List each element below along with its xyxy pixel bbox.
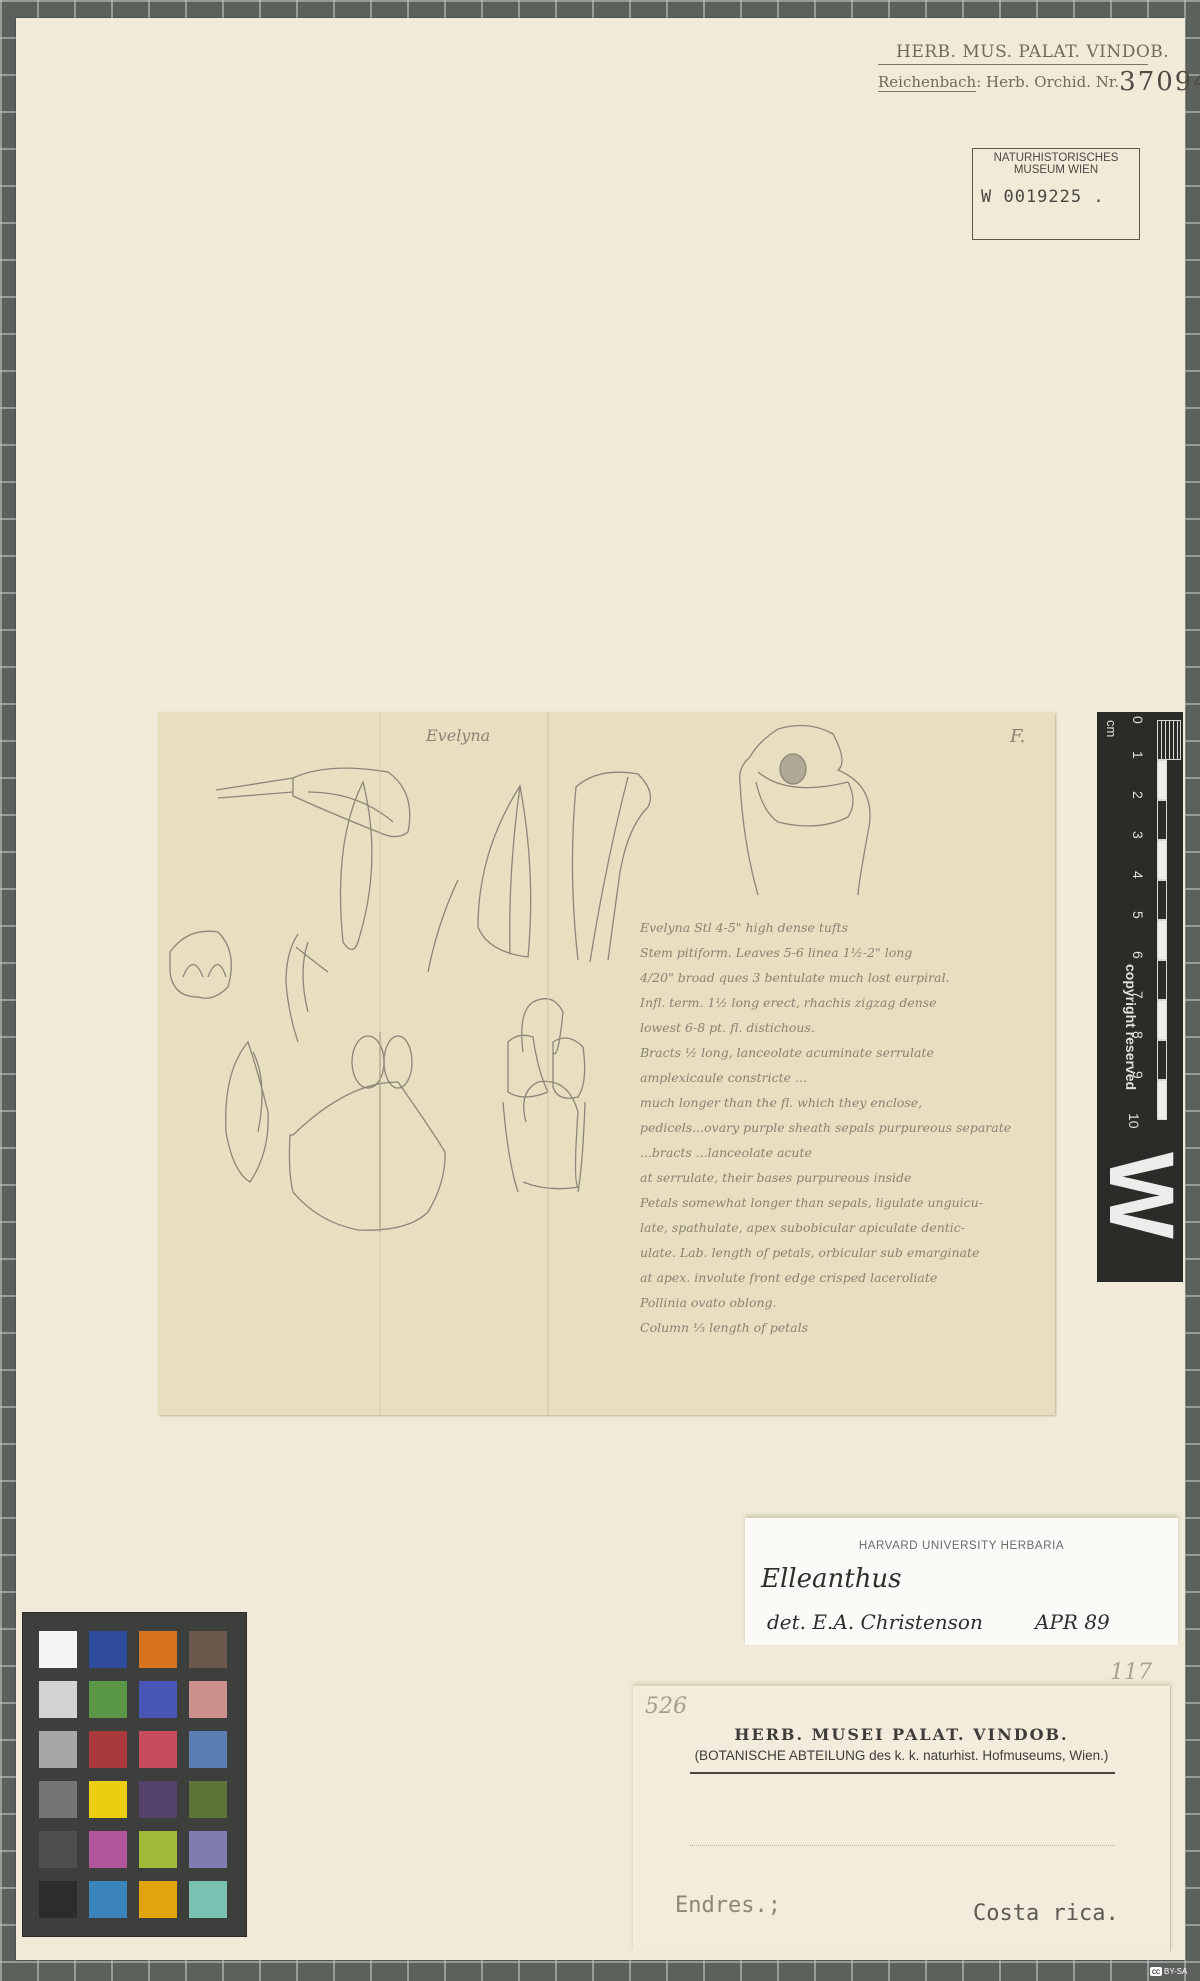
color-swatch bbox=[189, 1731, 227, 1768]
ruler-segment bbox=[1157, 840, 1167, 880]
stamp-rule bbox=[878, 64, 1148, 65]
note-line: amplexicaule constricte ... bbox=[640, 1065, 1040, 1090]
ruler-segment bbox=[1157, 960, 1167, 1000]
license-text: BY-SA bbox=[1164, 1967, 1187, 1976]
color-swatch bbox=[39, 1631, 77, 1668]
color-swatch bbox=[39, 1881, 77, 1918]
note-line: Pollinia ovato oblong. bbox=[640, 1290, 1040, 1315]
scale-ruler: cm 0 1 2 3 4 5 6 7 8 9 10 copyright rese… bbox=[1097, 712, 1183, 1282]
ruler-tick: 0 bbox=[1130, 716, 1146, 730]
color-swatch bbox=[89, 1731, 127, 1768]
ruler-scale bbox=[1157, 720, 1181, 1116]
collector: Endres.; bbox=[675, 1893, 781, 1918]
sheet-genus-title: Evelyna bbox=[426, 726, 490, 745]
cc-icon: cc bbox=[1150, 1967, 1162, 1976]
color-swatch bbox=[39, 1831, 77, 1868]
color-swatch bbox=[89, 1631, 127, 1668]
color-swatch bbox=[39, 1731, 77, 1768]
color-swatch bbox=[89, 1681, 127, 1718]
harvard-header: HARVARD UNIVERSITY HERBARIA bbox=[745, 1540, 1178, 1552]
top-stamp: HERB. MUS. PALAT. VINDOB. Reichenbach: H… bbox=[870, 40, 1182, 96]
color-swatch bbox=[189, 1781, 227, 1818]
note-line: lowest 6-8 pt. fl. distichous. bbox=[640, 1015, 1040, 1040]
license-badge: ccBY-SA bbox=[1150, 1967, 1187, 1976]
ruler-segment bbox=[1157, 720, 1181, 760]
stamp-collection-rest: : Herb. Orchid. Nr. bbox=[976, 73, 1119, 91]
ruler-segment bbox=[1157, 800, 1167, 840]
sheet-number: 117 bbox=[1110, 1660, 1152, 1685]
stamp-title: HERB. MUS. PALAT. VINDOB. bbox=[896, 42, 1169, 62]
note-line: pedicels...ovary purple sheath sepals pu… bbox=[640, 1115, 1040, 1140]
color-calibration-chart bbox=[22, 1612, 247, 1937]
stamp-collection: Reichenbach bbox=[878, 73, 976, 92]
harvard-determination-label: HARVARD UNIVERSITY HERBARIA Elleanthus d… bbox=[745, 1518, 1178, 1645]
ruler-unit: cm bbox=[1104, 720, 1119, 737]
color-swatch bbox=[139, 1781, 177, 1818]
ruler-segment bbox=[1157, 920, 1167, 960]
note-line: late, spathulate, apex subobicular apicu… bbox=[640, 1215, 1040, 1240]
color-swatch bbox=[39, 1781, 77, 1818]
stamp-number: 37094 bbox=[1119, 67, 1200, 97]
catalog-id: W 0019225 . bbox=[981, 187, 1105, 207]
note-line: much longer than the fl. which they encl… bbox=[640, 1090, 1040, 1115]
handwritten-number: 526 bbox=[645, 1694, 687, 1719]
label-rule bbox=[690, 1772, 1115, 1774]
ruler-segment bbox=[1157, 1040, 1167, 1080]
color-swatch bbox=[189, 1881, 227, 1918]
sketch-sheet: Evelyna F. Evelyna Stl 4-5" high dense t… bbox=[158, 712, 1055, 1415]
color-swatch bbox=[89, 1831, 127, 1868]
color-swatch bbox=[189, 1631, 227, 1668]
vienna-label-subtitle: (BOTANISCHE ABTEILUNG des k. k. naturhis… bbox=[633, 1748, 1170, 1763]
note-line: Infl. term. 1½ long erect, rhachis zigza… bbox=[640, 990, 1040, 1015]
museum-name-line2: MUSEUM WIEN bbox=[973, 164, 1139, 176]
vienna-label-title: HERB. MUSEI PALAT. VINDOB. bbox=[633, 1725, 1170, 1744]
note-line: Bracts ½ long, lanceolate acuminate serr… bbox=[640, 1040, 1040, 1065]
ruler-tick: 1 bbox=[1130, 751, 1146, 765]
museum-name-line1: NATURHISTORISCHES bbox=[973, 152, 1139, 164]
note-line: Stem pitiform. Leaves 5-6 linea 1½-2" lo… bbox=[640, 940, 1040, 965]
color-swatch bbox=[189, 1831, 227, 1868]
museum-name: NATURHISTORISCHES MUSEUM WIEN bbox=[973, 152, 1139, 176]
ruler-tick: 2 bbox=[1130, 791, 1146, 805]
color-swatch bbox=[139, 1681, 177, 1718]
handwritten-notes: Evelyna Stl 4-5" high dense tufts Stem p… bbox=[640, 915, 1040, 1340]
ruler-segment bbox=[1157, 880, 1167, 920]
vienna-herbarium-label: 526 HERB. MUSEI PALAT. VINDOB. (BOTANISC… bbox=[633, 1686, 1171, 1951]
note-line: Evelyna Stl 4-5" high dense tufts bbox=[640, 915, 1040, 940]
determination-date: APR 89 bbox=[1035, 1610, 1110, 1634]
note-line: Column ⅓ length of petals bbox=[640, 1315, 1040, 1340]
ruler-segment bbox=[1157, 760, 1167, 800]
ruler-tick: 10 bbox=[1126, 1113, 1142, 1127]
determiner: det. E.A. Christenson bbox=[767, 1610, 983, 1634]
ruler-segment bbox=[1157, 1080, 1167, 1120]
ruler-tick: 4 bbox=[1130, 871, 1146, 885]
color-swatch bbox=[189, 1681, 227, 1718]
ruler-copyright: copyright reserved bbox=[1123, 964, 1139, 1090]
ruler-tick: 3 bbox=[1130, 831, 1146, 845]
label-dotted-line bbox=[690, 1845, 1115, 1846]
color-swatch bbox=[139, 1731, 177, 1768]
museum-catalog-box: NATURHISTORISCHES MUSEUM WIEN W 0019225 … bbox=[972, 148, 1140, 240]
sheet-initial: F. bbox=[1010, 726, 1025, 747]
color-swatch bbox=[139, 1881, 177, 1918]
ruler-tick: 6 bbox=[1130, 951, 1146, 965]
stamp-collection-line: Reichenbach: Herb. Orchid. Nr.37094 bbox=[878, 67, 1200, 97]
color-swatch bbox=[139, 1831, 177, 1868]
note-line: ...bracts ...lanceolate acute bbox=[640, 1140, 1040, 1165]
note-line: at apex. involute front edge crisped lac… bbox=[640, 1265, 1040, 1290]
color-swatch bbox=[89, 1781, 127, 1818]
ruler-segment bbox=[1157, 1000, 1167, 1040]
note-line: at serrulate, their bases purpureous ins… bbox=[640, 1165, 1040, 1190]
ruler-tick: 5 bbox=[1130, 911, 1146, 925]
color-swatch bbox=[39, 1681, 77, 1718]
color-swatch bbox=[89, 1881, 127, 1918]
note-line: ulate. Lab. length of petals, orbicular … bbox=[640, 1240, 1040, 1265]
determined-genus: Elleanthus bbox=[761, 1564, 902, 1594]
note-line: Petals somewhat longer than sepals, ligu… bbox=[640, 1190, 1040, 1215]
color-swatch bbox=[139, 1631, 177, 1668]
note-line: 4/20" broad ques 3 bentulate much lost e… bbox=[640, 965, 1040, 990]
museum-w-logo: W bbox=[1101, 1152, 1181, 1232]
locality: Costa rica. bbox=[973, 1901, 1119, 1926]
